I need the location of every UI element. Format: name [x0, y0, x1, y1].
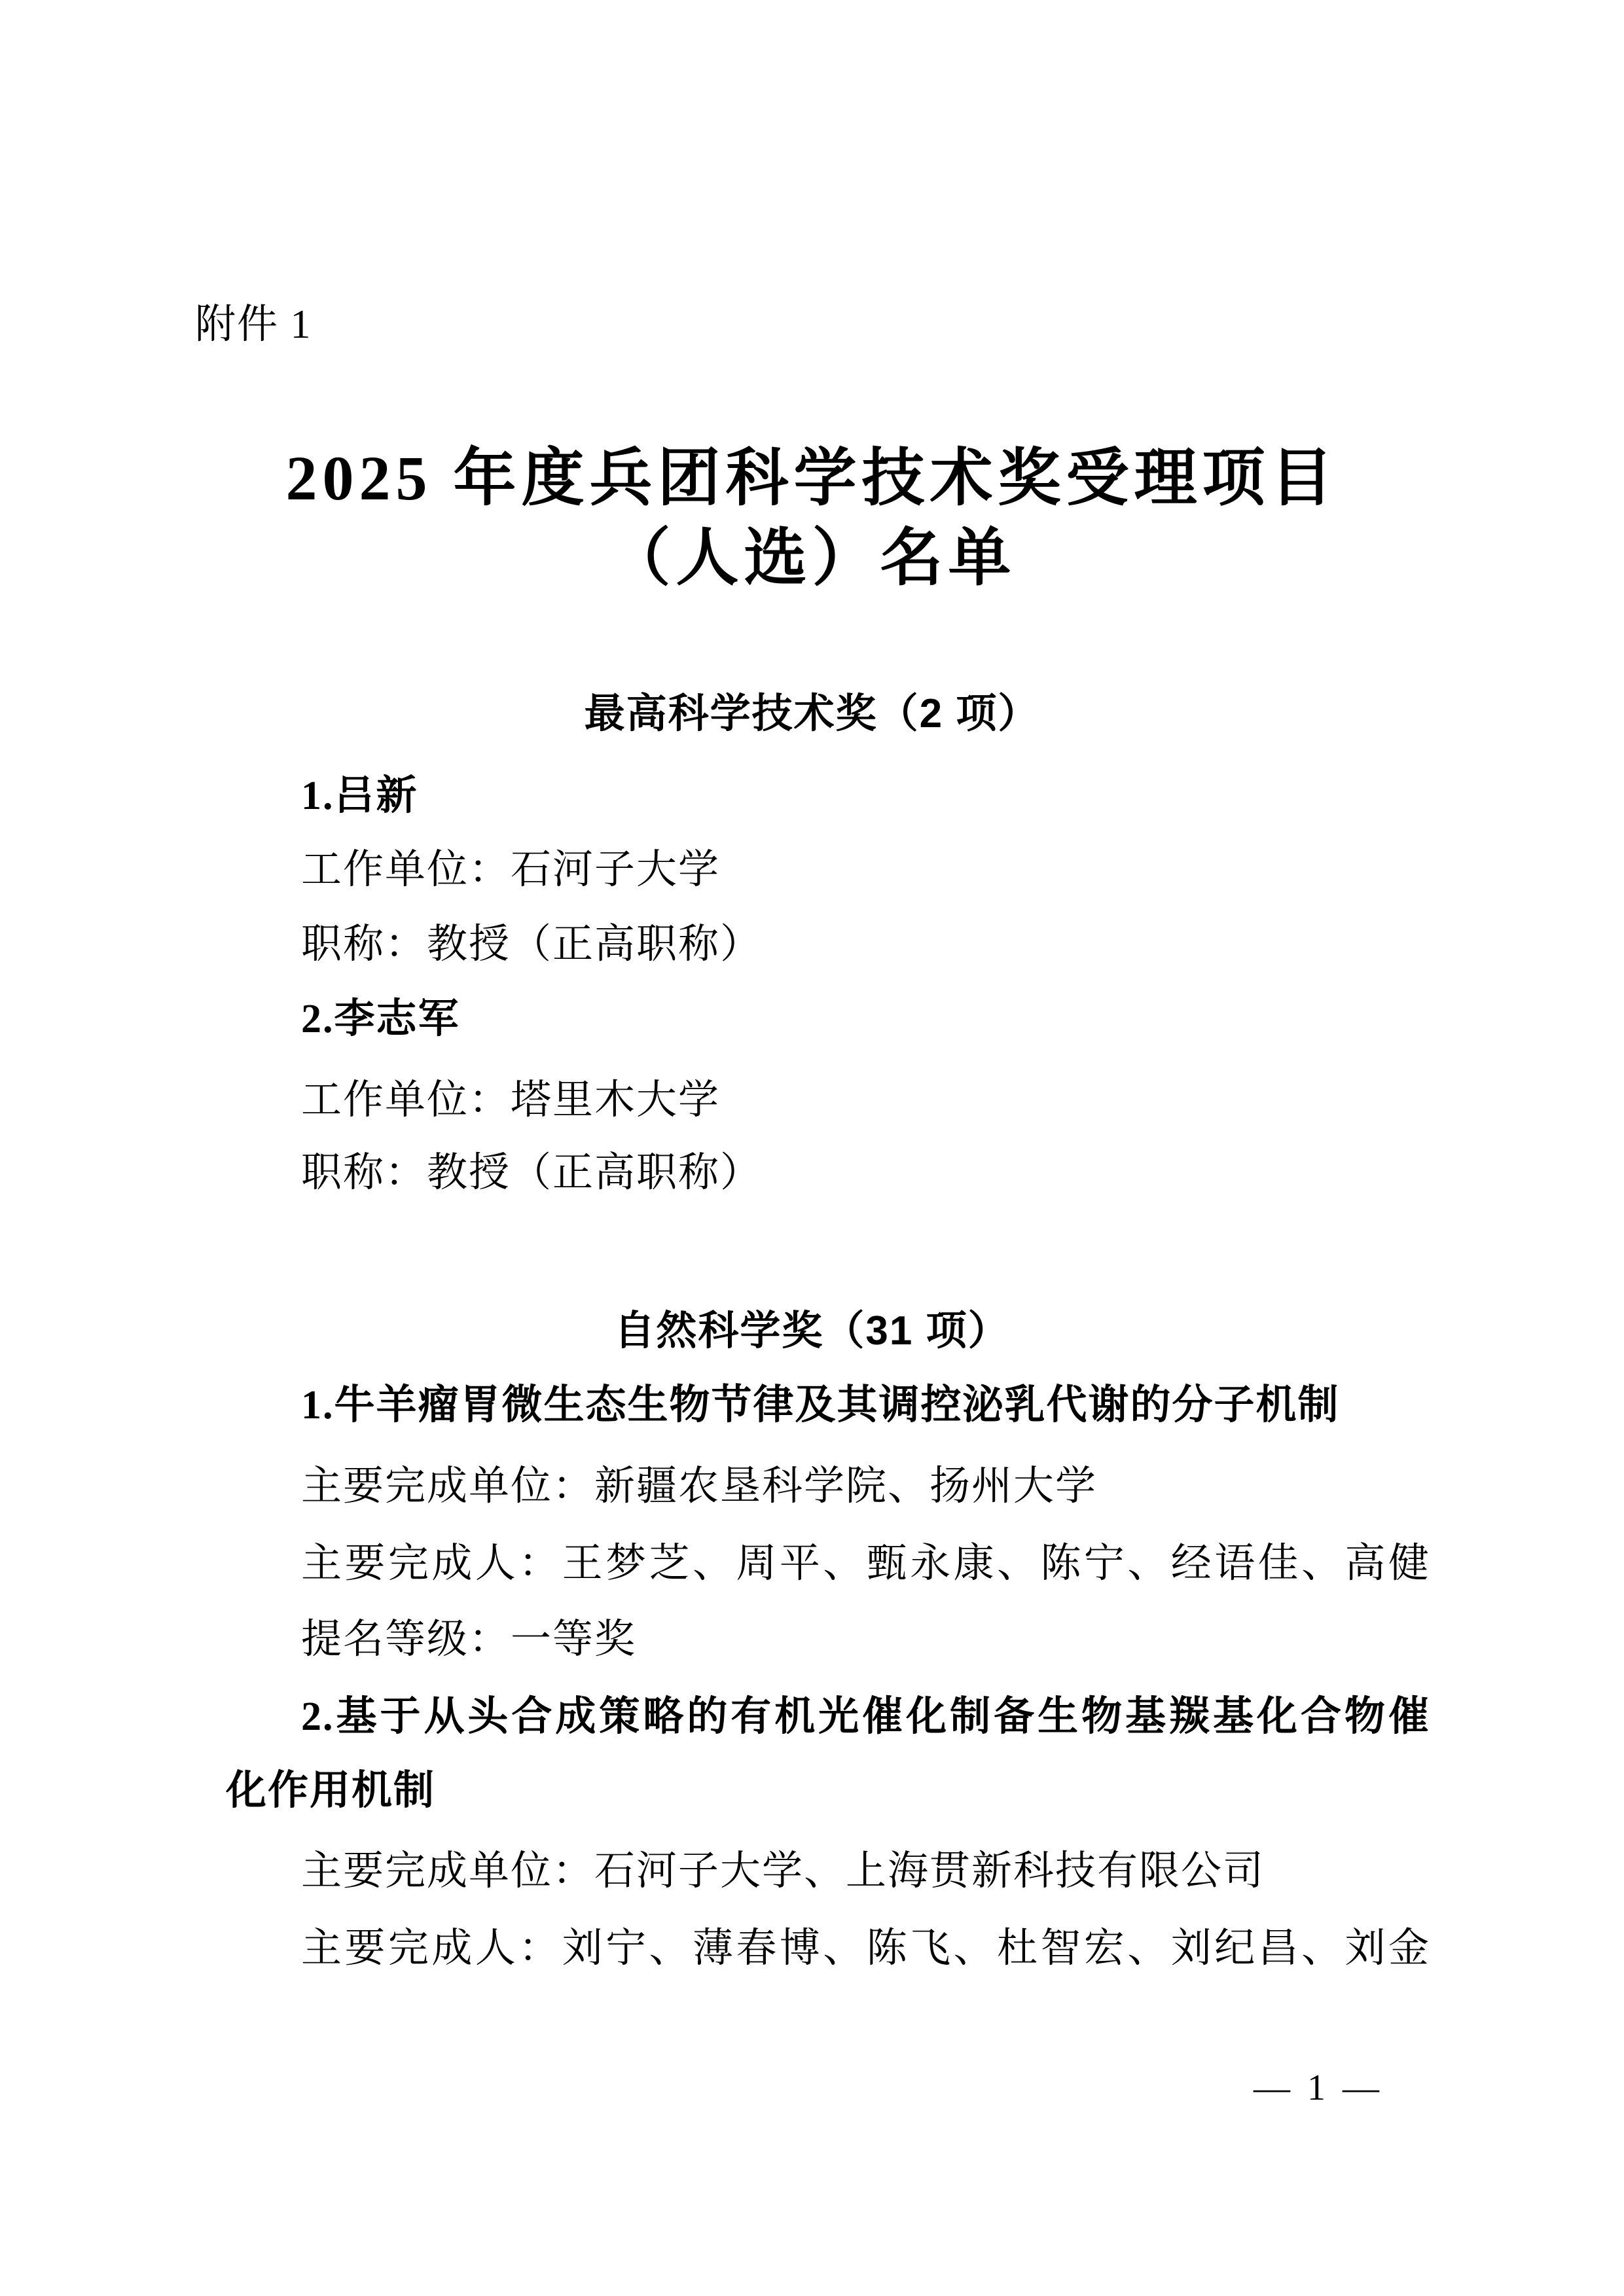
document-title-line-2: （人选）名单 [0, 518, 1624, 598]
entry-work-unit: 工作单位：石河子大学 [301, 846, 720, 894]
entry-name: 1.吕新 [301, 772, 418, 820]
project-main-units: 主要完成单位：石河子大学、上海贯新科技有限公司 [301, 1847, 1265, 1895]
entry-job-title: 职称：教授（正高职称） [301, 1149, 762, 1197]
section-heading-natural-science-award: 自然科学奖（31 项） [0, 1308, 1624, 1354]
project-main-contributors: 主要完成人：王梦芝、周平、甄永康、陈宁、经语佳、高健 [301, 1539, 1430, 1588]
entry-name: 2.李志军 [301, 995, 460, 1043]
project-main-contributors: 主要完成人：刘宁、薄春博、陈飞、杜智宏、刘纪昌、刘金 [301, 1924, 1430, 1973]
project-title-line-1: 2.基于从头合成策略的有机光催化制备生物基羰基化合物催 [301, 1693, 1430, 1741]
project-main-units: 主要完成单位：新疆农垦科学院、扬州大学 [301, 1462, 1097, 1511]
document-title: 2025 年度兵团科学技术奖受理项目 （人选）名单 [0, 439, 1624, 598]
section-heading-top-science-award: 最高科学技术奖（2 项） [0, 691, 1624, 737]
entry-work-unit: 工作单位：塔里木大学 [301, 1076, 720, 1124]
attachment-label: 附件 1 [195, 300, 312, 349]
document-page: 附件 1 2025 年度兵团科学技术奖受理项目 （人选）名单 最高科学技术奖（2… [0, 0, 1624, 2296]
project-title-line-2: 化作用机制 [226, 1767, 435, 1815]
project-title: 1.牛羊瘤胃微生态生物节律及其调控泌乳代谢的分子机制 [301, 1381, 1340, 1429]
document-title-line-1: 2025 年度兵团科学技术奖受理项目 [0, 439, 1624, 518]
project-nomination-grade: 提名等级：一等奖 [301, 1615, 636, 1664]
entry-job-title: 职称：教授（正高职称） [301, 920, 762, 969]
page-number: — 1 — [1254, 2067, 1383, 2109]
